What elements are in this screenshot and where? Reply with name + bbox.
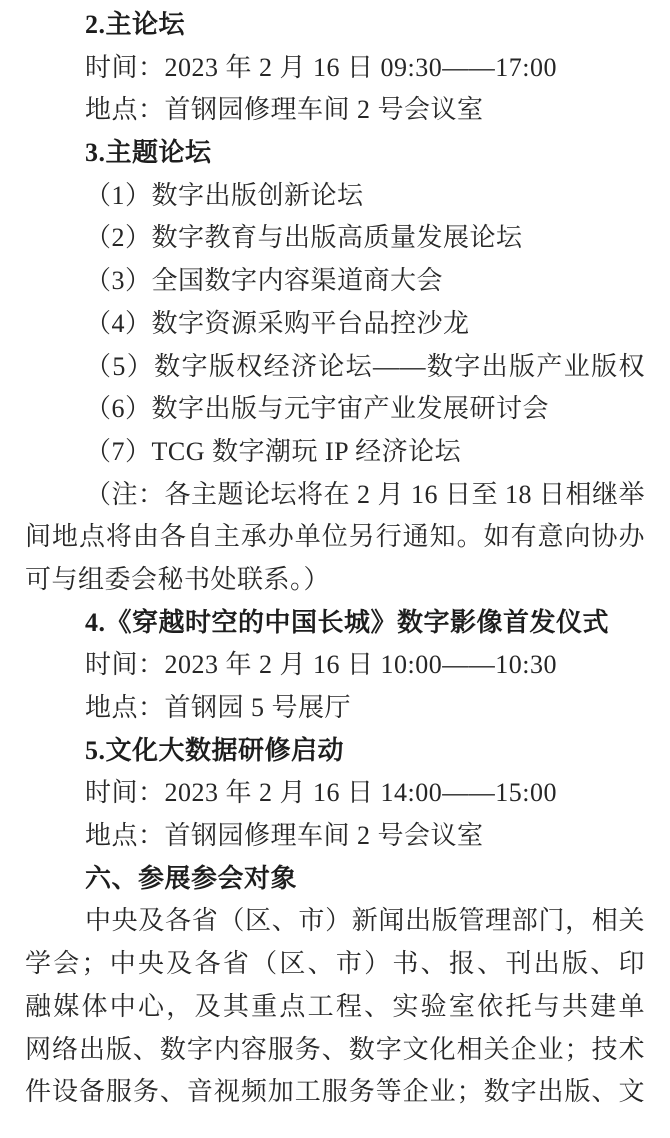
premiere-time-line: 时间：2023 年 2 月 16 日 10:00——10:30: [25, 644, 645, 687]
main-forum-time-line: 时间：2023 年 2 月 16 日 09:30——17:00: [25, 47, 645, 90]
section-heading-bigdata-launch: 5.文化大数据研修启动: [25, 730, 645, 773]
forum-item-3: （3）全国数字内容渠道商大会: [25, 260, 645, 303]
forum-item-5: （5）数字版权经济论坛——数字出版产业版权保护与合规使用: [25, 346, 645, 389]
main-forum-location-line: 地点：首钢园修理车间 2 号会议室: [25, 89, 645, 132]
participants-line-4: 网络出版、数字内容服务、数字文化相关企业；技术服务、软硬: [25, 1029, 645, 1072]
document-body: 2.主论坛 时间：2023 年 2 月 16 日 09:30——17:00 地点…: [0, 0, 670, 1114]
section-heading-theme-forums: 3.主题论坛: [25, 132, 645, 175]
document-page: 2.主论坛 时间：2023 年 2 月 16 日 09:30——17:00 地点…: [0, 0, 670, 1138]
participants-line-1: 中央及各省（区、市）新闻出版管理部门，相关行业协会、: [25, 900, 645, 943]
forum-item-1: （1）数字出版创新论坛: [25, 175, 645, 218]
bigdata-location-line: 地点：首钢园修理车间 2 号会议室: [25, 815, 645, 858]
forum-item-2: （2）数字教育与出版高质量发展论坛: [25, 217, 645, 260]
participants-line-5: 件设备服务、音视频加工服务等企业；数字出版、文化科技融合、: [25, 1071, 645, 1114]
section-heading-participants: 六、参展参会对象: [25, 858, 645, 901]
note-line-3: 可与组委会秘书处联系。）: [25, 559, 645, 602]
section-heading-main-forum: 2.主论坛: [25, 4, 645, 47]
forum-item-4: （4）数字资源采购平台品控沙龙: [25, 303, 645, 346]
participants-line-2: 学会；中央及各省（区、市）书、报、刊出版、印刷、发行单位，: [25, 943, 645, 986]
premiere-location-line: 地点：首钢园 5 号展厅: [25, 687, 645, 730]
note-line-2: 间地点将由各自主承办单位另行通知。如有意向协办以上论坛，: [25, 516, 645, 559]
section-heading-premiere-ceremony: 4.《穿越时空的中国长城》数字影像首发仪式: [25, 602, 645, 645]
forum-item-6: （6）数字出版与元宇宙产业发展研讨会: [25, 388, 645, 431]
participants-line-3: 融媒体中心，及其重点工程、实验室依托与共建单位；数字出版、: [25, 986, 645, 1029]
forum-item-7: （7）TCG 数字潮玩 IP 经济论坛: [25, 431, 645, 474]
note-line-1: （注：各主题论坛将在 2 月 16 日至 18 日相继举办，具体时: [25, 474, 645, 517]
bigdata-time-line: 时间：2023 年 2 月 16 日 14:00——15:00: [25, 772, 645, 815]
